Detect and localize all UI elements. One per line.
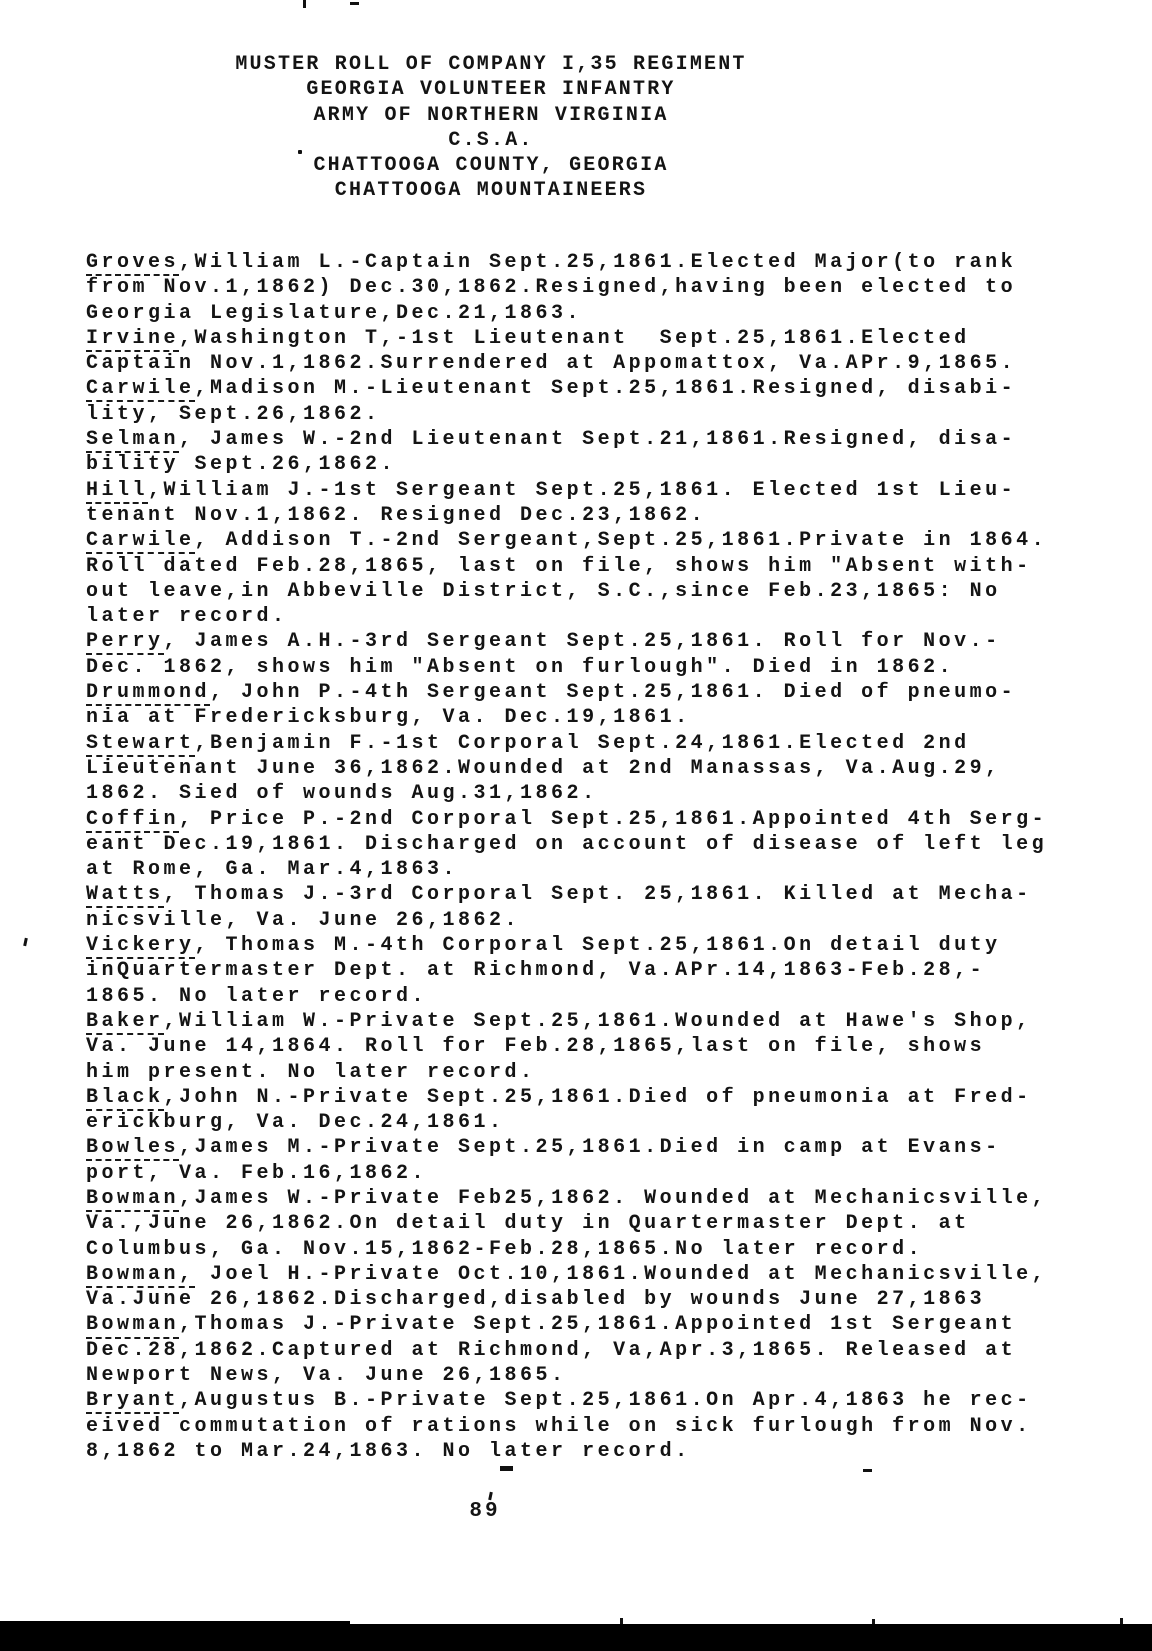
header-line: MUSTER ROLL OF COMPANY I,35 REGIMENT — [85, 52, 897, 77]
roll-line-text: Lieutenant June 36,1862.Wounded at 2nd M… — [86, 757, 1001, 780]
roll-line-text: Captain Nov.1,1862.Surrendered at Appoma… — [86, 352, 1016, 375]
surname-underlined: Hill — [86, 479, 148, 504]
surname-underlined: Selman — [86, 428, 179, 453]
roll-line: eived commutation of rations while on si… — [86, 1414, 1096, 1439]
surname-underlined: Perry — [86, 630, 164, 655]
roll-line: Black,John N.-Private Sept.25,1861.Died … — [86, 1085, 1096, 1110]
roll-line-text: , Price P.-2nd Corporal Sept.25,1861.App… — [179, 808, 1047, 831]
roll-line-text: eant Dec.19,1861. Discharged on account … — [86, 833, 1047, 856]
header-line: C.S.A. — [85, 128, 897, 153]
roll-line-text: at Rome, Ga. Mar.4,1863. — [86, 858, 458, 881]
roll-line: Hill,William J.-1st Sergeant Sept.25,186… — [86, 478, 1096, 503]
roll-line-text: out leave,in Abbeville District, S.C.,si… — [86, 580, 1001, 603]
surname-underlined: Baker — [86, 1010, 164, 1035]
roll-line-text: , Thomas M.-4th Corporal Sept.25,1861.On… — [195, 934, 1001, 957]
roll-line-text: 1862. Sied of wounds Aug.31,1862. — [86, 782, 598, 805]
scanned-document-page: MUSTER ROLL OF COMPANY I,35 REGIMENTGEOR… — [0, 0, 1152, 1651]
roll-line-text: ,William J.-1st Sergeant Sept.25,1861. E… — [148, 479, 1016, 502]
surname-underlined: Bowles — [86, 1136, 179, 1161]
roll-line: Columbus, Ga. Nov.15,1862-Feb.28,1865.No… — [86, 1237, 1096, 1262]
roll-line-text: Bowman, Joel H.-Private Oct.10,1861.Woun… — [86, 1263, 1047, 1286]
roll-line: lity, Sept.26,1862. — [86, 402, 1096, 427]
roll-line: bility Sept.26,1862. — [86, 452, 1096, 477]
surname-underlined: Groves — [86, 251, 179, 276]
scan-speck — [500, 1466, 513, 1471]
roll-line-text: ,1862.Captured at Richmond, Va,Apr.3,186… — [179, 1339, 1016, 1362]
roll-line-text: , John P.-4th Sergeant Sept.25,1861. Die… — [210, 681, 1016, 704]
document-header: MUSTER ROLL OF COMPANY I,35 REGIMENTGEOR… — [85, 52, 897, 204]
roll-line: him present. No later record. — [86, 1060, 1096, 1085]
roll-line-text: Columbus, Ga. Nov.15,1862-Feb.28,1865.No… — [86, 1238, 923, 1261]
scan-speck — [303, 0, 306, 8]
roll-line-text: ,Augustus B.-Private Sept.25,1861.On Apr… — [179, 1389, 1032, 1412]
roll-line-text: ,Madison M.-Lieutenant Sept.25,1861.Resi… — [195, 377, 1017, 400]
scan-speck — [23, 938, 28, 946]
roll-line: port, Va. Feb.16,1862. — [86, 1161, 1096, 1186]
header-line: CHATTOOGA MOUNTAINEERS — [85, 178, 897, 203]
roll-line-text: Georgia Legislature,Dec.21,1863. — [86, 302, 582, 325]
roll-line: Lieutenant June 36,1862.Wounded at 2nd M… — [86, 756, 1096, 781]
roll-line: Bowles,James M.-Private Sept.25,1861.Die… — [86, 1135, 1096, 1160]
roll-line-text: Va. June 14,1864. Roll for Feb.28,1865,l… — [86, 1035, 985, 1058]
roll-line-text: ,James W.-Private Feb25,1862. Wounded at… — [179, 1187, 1047, 1210]
roll-line: Va.June 26,1862.Discharged,disabled by w… — [86, 1287, 1096, 1312]
surname-underlined: Stewart — [86, 732, 195, 757]
header-line: ARMY OF NORTHERN VIRGINIA — [85, 103, 897, 128]
roll-line: Irvine,Washington T,-1st Lieutenant Sept… — [86, 326, 1096, 351]
surname-underlined: Coffin — [86, 808, 179, 833]
roll-line-text: erickburg, Va. Dec.24,1861. — [86, 1111, 505, 1134]
roll-line-text: ,Benjamin F.-1st Corporal Sept.24,1861.E… — [195, 732, 970, 755]
roll-line-text: bility Sept.26,1862. — [86, 453, 396, 476]
surname-underlined: Watts — [86, 883, 164, 908]
roll-line-text: later record. — [86, 605, 288, 628]
roll-line: out leave,in Abbeville District, S.C.,si… — [86, 579, 1096, 604]
roll-line: Roll dated Feb.28,1865, last on file, sh… — [86, 554, 1096, 579]
roll-line-text: ,John N.-Private Sept.25,1861.Died of pn… — [164, 1086, 1032, 1109]
scan-speck — [863, 1469, 872, 1472]
roll-line: Coffin, Price P.-2nd Corporal Sept.25,18… — [86, 807, 1096, 832]
roll-line-text: port, Va. Feb.16,1862. — [86, 1162, 427, 1185]
roll-line: Newport News, Va. June 26,1865. — [86, 1363, 1096, 1388]
roll-line-text: Newport News, Va. June 26,1865. — [86, 1364, 567, 1387]
roll-line: Georgia Legislature,Dec.21,1863. — [86, 301, 1096, 326]
roll-line-text: Va.,June 26,1862.On detail duty in Quart… — [86, 1212, 970, 1235]
roll-line: Bowman, Joel H.-Private Oct.10,1861.Woun… — [86, 1262, 1096, 1287]
roll-line: Captain Nov.1,1862.Surrendered at Appoma… — [86, 351, 1096, 376]
roll-line: nicsville, Va. June 26,1862. — [86, 908, 1096, 933]
roll-line: tenant Nov.1,1862. Resigned Dec.23,1862. — [86, 503, 1096, 528]
roll-line-text: 8,1862 to Mar.24,1863. No later record. — [86, 1440, 691, 1463]
roll-line: Va.,June 26,1862.On detail duty in Quart… — [86, 1211, 1096, 1236]
roll-line-text: 26,1862.Discharged,disabled by wounds Ju… — [195, 1288, 986, 1311]
roll-line-text: ,James M.-Private Sept.25,1861.Died in c… — [179, 1136, 1001, 1159]
roll-line-text: , Thomas J.-3rd Corporal Sept. 25,1861. … — [164, 883, 1032, 906]
surname-underlined: Black — [86, 1086, 164, 1111]
roll-line: Stewart,Benjamin F.-1st Corporal Sept.24… — [86, 731, 1096, 756]
scan-speck — [350, 2, 359, 5]
roll-line: at Rome, Ga. Mar.4,1863. — [86, 857, 1096, 882]
roll-line: Carwile, Addison T.-2nd Sergeant,Sept.25… — [86, 528, 1096, 553]
roll-line: Bowman,James W.-Private Feb25,1862. Woun… — [86, 1186, 1096, 1211]
header-line: GEORGIA VOLUNTEER INFANTRY — [85, 77, 897, 102]
roll-line: Bryant,Augustus B.-Private Sept.25,1861.… — [86, 1388, 1096, 1413]
roll-line: Baker,William W.-Private Sept.25,1861.Wo… — [86, 1009, 1096, 1034]
roll-line: Drummond, John P.-4th Sergeant Sept.25,1… — [86, 680, 1096, 705]
roll-line-text: tenant Nov.1,1862. Resigned Dec.23,1862. — [86, 504, 706, 527]
roll-line: erickburg, Va. Dec.24,1861. — [86, 1110, 1096, 1135]
roll-line: later record. — [86, 604, 1096, 629]
roll-line-text: 1865. No later record. — [86, 985, 427, 1008]
roll-line: Watts, Thomas J.-3rd Corporal Sept. 25,1… — [86, 882, 1096, 907]
overlined-text: Dec.28 — [86, 1337, 179, 1362]
roll-line-text: , James A.H.-3rd Sergeant Sept.25,1861. … — [164, 630, 1001, 653]
page-number: 89 — [440, 1500, 530, 1523]
roll-line: Selman, James W.-2nd Lieutenant Sept.21,… — [86, 427, 1096, 452]
surname-underlined: Bowman — [86, 1187, 179, 1212]
overlined-text: Va.June — [86, 1286, 195, 1311]
roll-line-text: lity, Sept.26,1862. — [86, 403, 381, 426]
roll-line: inQuartermaster Dept. at Richmond, Va.AP… — [86, 958, 1096, 983]
roll-line-text: Dec. 1862, shows him "Absent on furlough… — [86, 656, 954, 679]
roll-line: Carwile,Madison M.-Lieutenant Sept.25,18… — [86, 376, 1096, 401]
roll-line: 1865. No later record. — [86, 984, 1096, 1009]
roll-line: nia at Fredericksburg, Va. Dec.19,1861. — [86, 705, 1096, 730]
roll-line-text: ,William L.-Captain Sept.25,1861.Elected… — [179, 251, 1016, 274]
roll-line: Bowman,Thomas J.-Private Sept.25,1861.Ap… — [86, 1312, 1096, 1337]
roll-line-text: eived commutation of rations while on si… — [86, 1415, 1032, 1438]
roll-line: from Nov.1,1862) Dec.30,1862.Resigned,ha… — [86, 275, 1096, 300]
roll-line: Dec.28,1862.Captured at Richmond, Va,Apr… — [86, 1338, 1096, 1363]
muster-roll-body: Groves,William L.-Captain Sept.25,1861.E… — [86, 250, 1096, 1464]
roll-line-text: ,Washington T,-1st Lieutenant Sept.25,18… — [179, 327, 970, 350]
surname-underlined: Vickery — [86, 934, 195, 959]
surname-underlined: Carwile — [86, 529, 195, 554]
roll-line-text: inQuartermaster Dept. at Richmond, Va.AP… — [86, 959, 985, 982]
roll-line-text: Roll dated Feb.28,1865, last on file, sh… — [86, 555, 1032, 578]
header-line: CHATTOOGA COUNTY, GEORGIA — [85, 153, 897, 178]
roll-line: Vickery, Thomas M.-4th Corporal Sept.25,… — [86, 933, 1096, 958]
roll-line: 1862. Sied of wounds Aug.31,1862. — [86, 781, 1096, 806]
roll-line-text: from Nov.1,1862) Dec.30,1862.Resigned,ha… — [86, 276, 1016, 299]
roll-line: Dec. 1862, shows him "Absent on furlough… — [86, 655, 1096, 680]
roll-line: Va. June 14,1864. Roll for Feb.28,1865,l… — [86, 1034, 1096, 1059]
roll-line-text: ,William W.-Private Sept.25,1861.Wounded… — [164, 1010, 1032, 1033]
roll-line-text: nia at Fredericksburg, Va. Dec.19,1861. — [86, 706, 691, 729]
surname-underlined: Carwile — [86, 377, 195, 402]
roll-line-text: , Addison T.-2nd Sergeant,Sept.25,1861.P… — [195, 529, 1048, 552]
roll-line-text: nicsville, Va. June 26,1862. — [86, 909, 520, 932]
surname-underlined: Irvine — [86, 327, 179, 352]
scan-speck — [488, 1492, 493, 1500]
scan-artifact-bar — [0, 1624, 1152, 1651]
surname-underlined: Bryant — [86, 1389, 179, 1414]
roll-line-text: him present. No later record. — [86, 1061, 536, 1084]
roll-line-text: , James W.-2nd Lieutenant Sept.21,1861.R… — [179, 428, 1016, 451]
roll-line: Groves,William L.-Captain Sept.25,1861.E… — [86, 250, 1096, 275]
roll-line: eant Dec.19,1861. Discharged on account … — [86, 832, 1096, 857]
roll-line: 8,1862 to Mar.24,1863. No later record. — [86, 1439, 1096, 1464]
roll-line-text: Bowman,Thomas J.-Private Sept.25,1861.Ap… — [86, 1313, 1016, 1336]
roll-line: Perry, James A.H.-3rd Sergeant Sept.25,1… — [86, 629, 1096, 654]
surname-underlined: Drummond — [86, 681, 210, 706]
